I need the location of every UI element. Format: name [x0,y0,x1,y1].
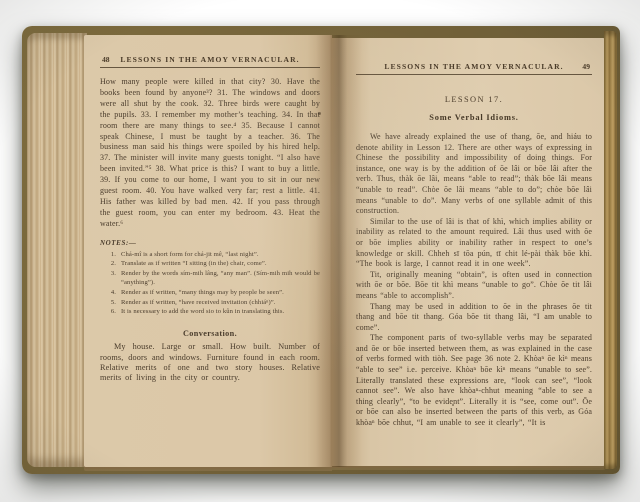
note-text: Render as if written, “have received inv… [121,299,320,308]
note-item: 5. Render as if written, “have received … [100,299,320,308]
right-page: LESSONS IN THE AMOY VERNACULAR. 49 LESSO… [332,38,606,466]
left-page: 48 LESSONS IN THE AMOY VERNACULAR. How m… [84,35,332,467]
note-number: 2. [106,260,116,269]
note-text: Render as if written, “many things may b… [121,289,320,298]
note-item: 4. Render as if written, “many things ma… [100,289,320,298]
right-running-head: LESSONS IN THE AMOY VERNACULAR. [356,62,592,71]
paragraph: The component parts of two-syllable verb… [356,333,592,428]
lesson-subheading: Some Verbal Idioms. [356,113,592,122]
note-number: 4. [106,289,116,298]
note-number: 3. [106,270,116,288]
note-item: 6. It is necessary to add the word sio t… [100,308,320,317]
right-cover-edge [604,31,617,469]
notes-heading: NOTES:— [100,239,320,247]
paragraph: We have already explained the use of tha… [356,132,592,217]
lesson-heading: LESSON 17. [356,95,592,104]
note-text: Translate as if written “I sitting (in t… [121,260,320,269]
note-text: Chá-mî is a short form for chá-jit mê, “… [121,251,320,260]
left-page-body-text: How many people were killed in that city… [100,77,320,230]
left-page-stack-edge [27,33,87,467]
paragraph: Thang may be used in addition to ōe in t… [356,302,592,334]
paragraph: Similar to the use of lâi is that of khì… [356,217,592,270]
note-item: 3. Render by the words sím-mih lâng, “an… [100,270,320,288]
book: 48 LESSONS IN THE AMOY VERNACULAR. How m… [22,26,620,474]
conversation-heading: Conversation. [100,329,320,338]
right-page-number: 49 [582,62,590,71]
notes-list: 1. Chá-mî is a short form for chá-jit mê… [100,251,320,318]
note-item: 1. Chá-mî is a short form for chá-jit mê… [100,251,320,260]
left-page-header: 48 LESSONS IN THE AMOY VERNACULAR. [100,55,320,68]
ink-speck [452,404,454,406]
note-number: 5. [106,299,116,308]
note-text: Render by the words sím-mih lâng, “any m… [121,270,320,288]
conversation-text: My house. Large or small. How built. Num… [100,342,320,384]
note-number: 6. [106,308,116,317]
ink-speck [318,112,321,115]
note-item: 2. Translate as if written “I sitting (i… [100,260,320,269]
note-text: It is necessary to add the word sio to k… [121,308,320,317]
left-running-head: LESSONS IN THE AMOY VERNACULAR. [100,55,320,64]
photo-of-open-book: 48 LESSONS IN THE AMOY VERNACULAR. How m… [0,0,640,502]
paragraph: Tit, originally meaning “obtain”, is oft… [356,270,592,302]
note-number: 1. [106,251,116,260]
right-page-header: LESSONS IN THE AMOY VERNACULAR. 49 [356,62,592,75]
